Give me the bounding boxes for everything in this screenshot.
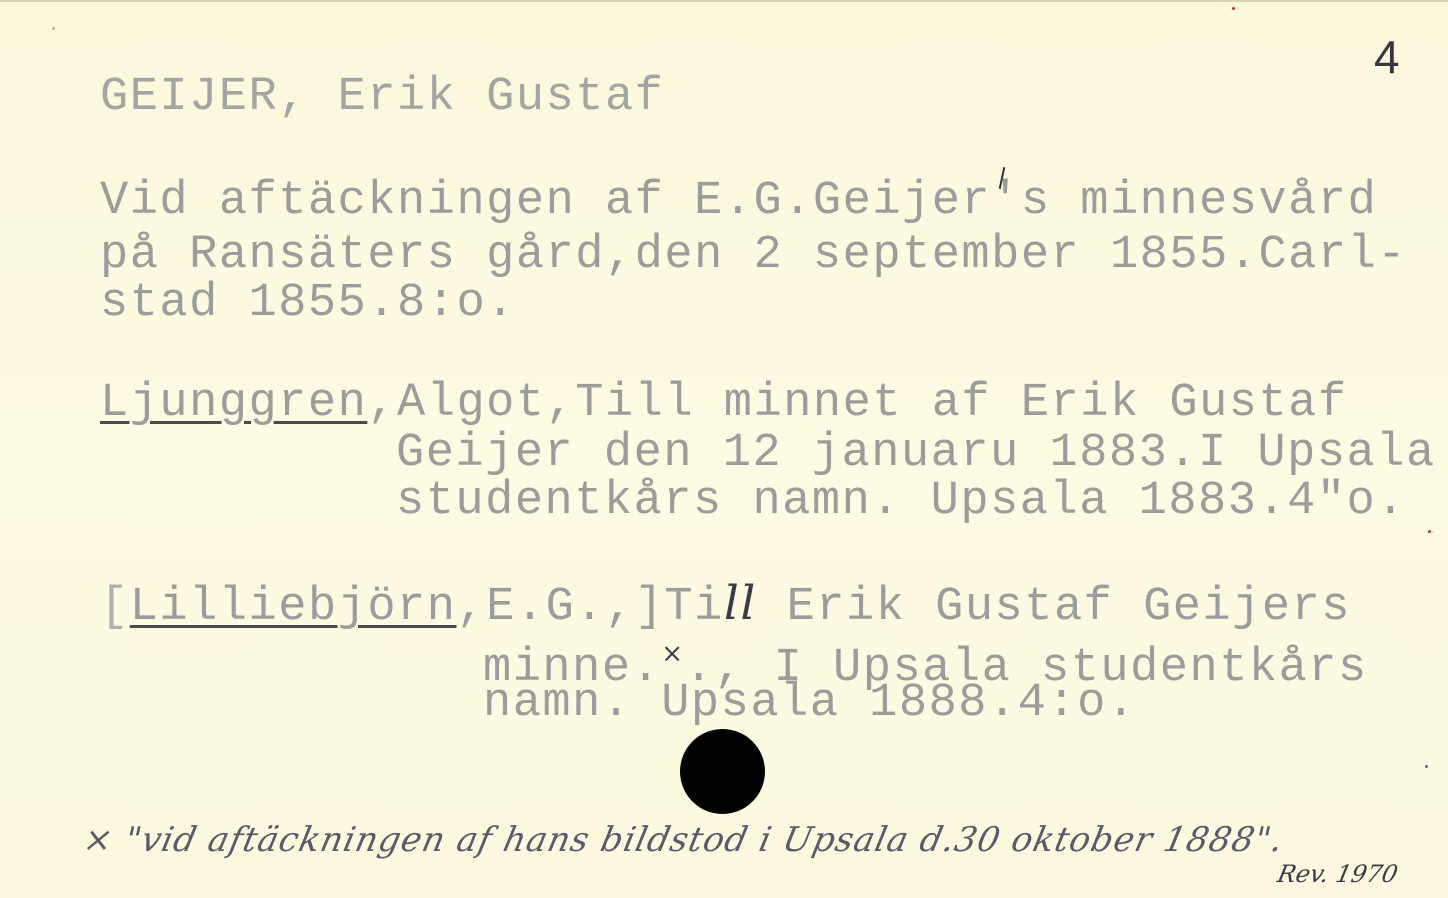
entry-2-author: Ljunggren: [100, 377, 367, 430]
entry-3-title-start: ,E.G.,]Ti: [456, 581, 723, 634]
entry-3-line-3: namn. Upsala 1888.4:o.: [483, 678, 1137, 730]
handwritten-note: × "vid aftäckningen af hans bildstod i U…: [80, 820, 1288, 860]
entry-3-author: Lilliebjörn: [130, 581, 457, 634]
bracket-open: [: [100, 581, 130, 634]
card-number: 4: [1374, 30, 1400, 84]
revision-note: Rev. 1970: [1275, 860, 1400, 888]
entry-3-line-1: [Lilliebjörn,E.G.,]Till Erik Gustaf Geij…: [100, 578, 1351, 634]
entry-1-line-1: Vid aftäckningen af E.G.Geijer's minnesv…: [100, 176, 1377, 228]
entry-2-line-3: studentkårs namn. Upsala 1883.4"o.: [396, 476, 1406, 528]
paper-speck: [52, 27, 55, 30]
catalog-card: 4 GEIJER, Erik Gustaf Vid aftäckningen a…: [0, 0, 1448, 898]
entry-2-line-2: Geijer den 12 januaru 1883.I Upsala: [396, 428, 1436, 480]
paper-speck: [1428, 530, 1431, 533]
footnote-mark: ×: [661, 639, 684, 669]
paper-speck: [1232, 7, 1235, 10]
entry-1-line-2: på Ransäters gård,den 2 september 1855.C…: [100, 230, 1407, 282]
card-heading: GEIJER, Erik Gustaf: [100, 72, 664, 124]
paper-speck: [1425, 765, 1428, 768]
entry-2-line-1: Ljunggren,Algot,Till minnet af Erik Gust…: [100, 378, 1348, 430]
entry-3-title-tail: Erik Gustaf Geijers: [757, 581, 1351, 634]
punch-hole: [680, 729, 765, 814]
entry-1-line-3: stad 1855.8:o.: [100, 278, 516, 330]
handwritten-correction: ll: [724, 576, 757, 631]
entry-2-title-start: ,Algot,Till minnet af Erik Gustaf: [367, 377, 1347, 430]
